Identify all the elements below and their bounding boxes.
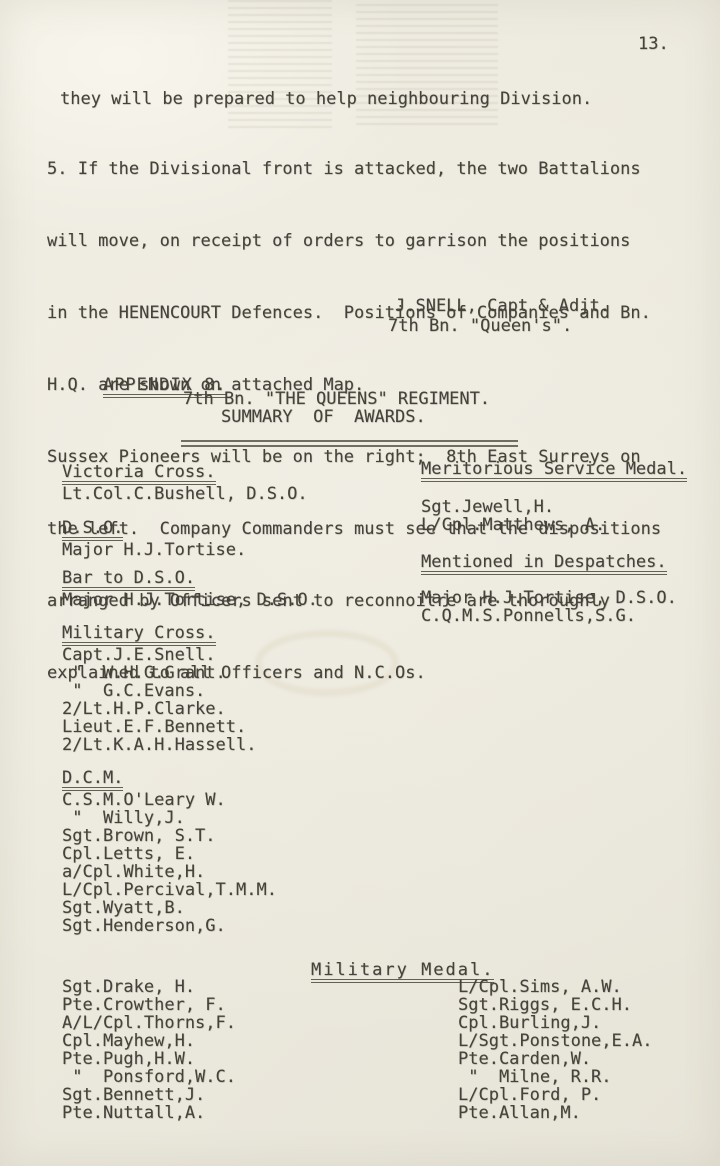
- award-entry: Sgt.Drake, H.: [62, 978, 236, 996]
- award-entry: L/Cpl.Percival,T.M.M.: [62, 881, 277, 899]
- award-entry: a/Cpl.White,H.: [62, 863, 277, 881]
- award-entry: Sgt.Bennett,J.: [62, 1086, 236, 1104]
- award-entry: Sgt.Riggs, E.C.H.: [458, 996, 652, 1014]
- award-entry: 2/Lt.K.A.H.Hassell.: [62, 736, 256, 754]
- award-heading: Victoria Cross.: [62, 463, 308, 485]
- award-entry: L/Cpl.Matthews, A.: [421, 516, 687, 534]
- award-entry: Lt.Col.C.Bushell, D.S.O.: [62, 485, 308, 503]
- award-entry: " G.C.Evans.: [62, 682, 256, 700]
- award-heading: D.C.M.: [62, 769, 277, 791]
- award-entry: Pte.Pugh,H.W.: [62, 1050, 236, 1068]
- award-section-dcm: D.C.M. C.S.M.O'Leary W. " Willy,J. Sgt.B…: [62, 769, 277, 935]
- award-heading: Meritorious Service Medal.: [421, 460, 687, 482]
- award-entry: " Willy,J.: [62, 809, 277, 827]
- award-entry: Major H.J.Tortise, D.S.O.: [62, 591, 318, 609]
- award-entry: L/Cpl.Sims, A.W.: [458, 978, 652, 996]
- intro-line: they will be prepared to help neighbouri…: [60, 90, 592, 108]
- award-section-mentioned-in-despatches: Mentioned in Despatches. Major H.J.Torti…: [421, 553, 677, 625]
- award-entry: Cpl.Mayhew,H.: [62, 1032, 236, 1050]
- award-entry: Pte.Nuttall,A.: [62, 1104, 236, 1122]
- award-entry: Sgt.Jewell,H.: [421, 498, 687, 516]
- award-section-military-cross: Military Cross. Capt.J.E.Snell. " W.H.G.…: [62, 624, 256, 754]
- award-heading: D.S.O.: [62, 519, 246, 541]
- award-entry: 2/Lt.H.P.Clarke.: [62, 700, 256, 718]
- award-section-victoria-cross: Victoria Cross. Lt.Col.C.Bushell, D.S.O.: [62, 463, 308, 503]
- award-entry: Lieut.E.F.Bennett.: [62, 718, 256, 736]
- awards-title-summary: SUMMARY OF AWARDS.: [221, 408, 426, 426]
- award-entry: " Ponsford,W.C.: [62, 1068, 236, 1086]
- award-entry: A/L/Cpl.Thorns,F.: [62, 1014, 236, 1032]
- award-entry: Major H.J.Tortise.: [62, 541, 246, 559]
- page-number: 13.: [638, 35, 669, 53]
- award-heading: Bar to D.S.O.: [62, 569, 318, 591]
- award-entry: Cpl.Burling,J.: [458, 1014, 652, 1032]
- paragraph-line: 5. If the Divisional front is attacked, …: [47, 160, 661, 178]
- award-entry: Pte.Carden,W.: [458, 1050, 652, 1068]
- bleed-through-left-column: [228, 0, 332, 132]
- award-entry: " Milne, R.R.: [458, 1068, 652, 1086]
- award-entry: Sgt.Henderson,G.: [62, 917, 277, 935]
- award-heading: Mentioned in Despatches.: [421, 553, 677, 575]
- signature-name: J.SNELL, Capt & Adjt.: [395, 297, 610, 315]
- award-section-bar-to-dso: Bar to D.S.O. Major H.J.Tortise, D.S.O.: [62, 569, 318, 609]
- signature-unit: 7th Bn. "Queen's".: [388, 317, 572, 335]
- award-entry: Pte.Allan,M.: [458, 1104, 652, 1122]
- award-entry: C.S.M.O'Leary W.: [62, 791, 277, 809]
- award-entry: Sgt.Brown, S.T.: [62, 827, 277, 845]
- award-entry: " W.H.G.Grant.: [62, 664, 256, 682]
- award-entry: L/Sgt.Ponstone,E.A.: [458, 1032, 652, 1050]
- award-section-meritorious-service-medal: Meritorious Service Medal. Sgt.Jewell,H.…: [421, 460, 687, 534]
- award-heading: Military Cross.: [62, 624, 256, 646]
- award-entry: C.Q.M.S.Ponnells,S.G.: [421, 607, 677, 625]
- paragraph-line: will move, on receipt of orders to garri…: [47, 232, 661, 250]
- awards-title-regiment: 7th Bn. "THE QUEENS" REGIMENT.: [183, 390, 490, 408]
- award-section-dso: D.S.O. Major H.J.Tortise.: [62, 519, 246, 559]
- award-entry: Cpl.Letts, E.: [62, 845, 277, 863]
- award-entry: Pte.Crowther, F.: [62, 996, 236, 1014]
- award-entry: Capt.J.E.Snell.: [62, 646, 256, 664]
- award-entry: L/Cpl.Ford, P.: [458, 1086, 652, 1104]
- title-rule: [181, 440, 518, 447]
- scanned-document-page: 13. they will be prepared to help neighb…: [0, 0, 720, 1166]
- award-entry: Major H.J.Tortise, D.S.O.: [421, 589, 677, 607]
- military-medal-left-list: Sgt.Drake, H. Pte.Crowther, F. A/L/Cpl.T…: [62, 978, 236, 1122]
- military-medal-right-list: L/Cpl.Sims, A.W. Sgt.Riggs, E.C.H. Cpl.B…: [458, 978, 652, 1122]
- award-entry: Sgt.Wyatt,B.: [62, 899, 277, 917]
